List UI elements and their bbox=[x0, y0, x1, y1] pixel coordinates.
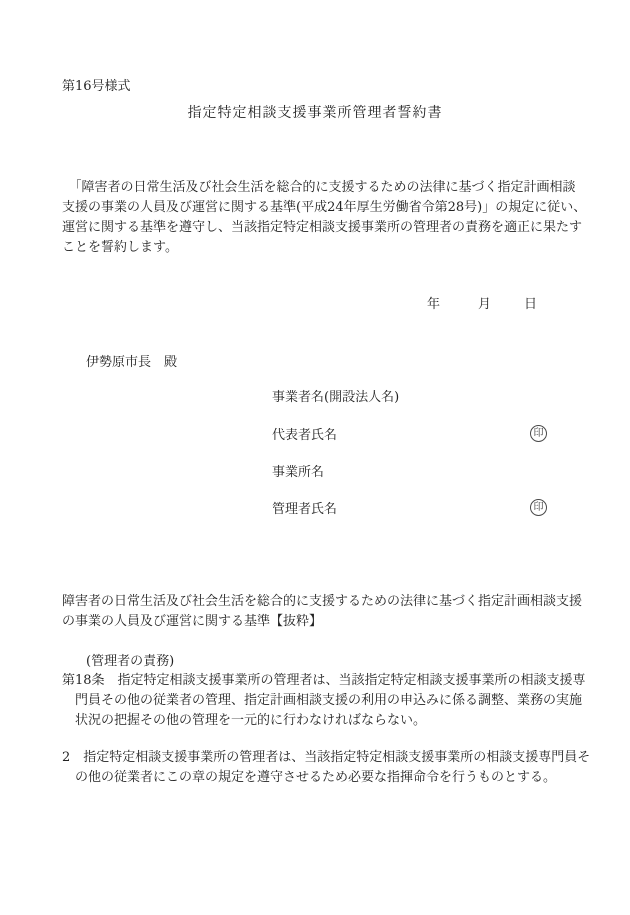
excerpt-heading-line: 障害者の日常生活及び社会生活を総合的に支援するための法律に基づく指定計画相談支援 bbox=[62, 592, 582, 612]
addressee-mayor: 伊勢原市長 殿 bbox=[86, 351, 177, 370]
article-18-paragraph: 第18条 指定特定相談支援事業所の管理者は、当該指定特定相談支援事業所の相談支援… bbox=[62, 671, 586, 731]
pledge-line: 支援の事業の人員及び運営に関する基準(平成24年厚生労働省令第28号)」の規定に… bbox=[62, 198, 586, 218]
field-label: 管理者氏名 bbox=[272, 502, 337, 517]
pledge-line: 「障害者の日常生活及び社会生活を総合的に支援するための法律に基づく指定計画相談 bbox=[62, 178, 586, 198]
form-number: 第16号様式 bbox=[62, 79, 131, 95]
field-label: 事業所名 bbox=[272, 465, 324, 480]
article-18-line: 門員その他の従業者の管理、指定計画相談支援の利用の申込みに係る調整、業務の実施 bbox=[62, 691, 586, 711]
date-month-label: 月 bbox=[478, 293, 491, 312]
seal-stamp-mark: 印 bbox=[530, 425, 547, 442]
duty-section-heading: (管理者の責務) bbox=[86, 650, 174, 669]
pledge-line: ことを誓約します。 bbox=[62, 238, 586, 258]
date-line: 年 月 日 bbox=[0, 293, 630, 313]
clause-2-line: 2 指定特定相談支援事業所の管理者は、当該指定特定相談支援事業所の相談支援専門員… bbox=[62, 748, 590, 768]
field-label: 事業者名(開設法人名) bbox=[272, 390, 399, 405]
article-18-line: 第18条 指定特定相談支援事業所の管理者は、当該指定特定相談支援事業所の相談支援… bbox=[62, 671, 586, 691]
field-label: 代表者氏名 bbox=[272, 428, 337, 443]
pledge-line: 運営に関する基準を遵守し、当該指定特定相談支援事業所の管理者の責務を適正に果たす bbox=[62, 218, 586, 238]
excerpt-heading: 障害者の日常生活及び社会生活を総合的に支援するための法律に基づく指定計画相談支援… bbox=[62, 592, 582, 632]
excerpt-heading-line: の事業の人員及び運営に関する基準【抜粋】 bbox=[62, 612, 582, 632]
document-title: 指定特定相談支援事業所管理者誓約書 bbox=[0, 102, 630, 122]
field-row-representative-name: 代表者氏名 印 bbox=[272, 424, 630, 444]
date-year-label: 年 bbox=[427, 293, 440, 312]
field-row-manager-name: 管理者氏名 印 bbox=[272, 498, 630, 518]
date-day-label: 日 bbox=[524, 293, 537, 312]
field-row-business-operator-name: 事業者名(開設法人名) bbox=[272, 386, 630, 406]
field-row-office-name: 事業所名 bbox=[272, 461, 630, 481]
seal-stamp-mark: 印 bbox=[530, 499, 547, 516]
pledge-paragraph: 「障害者の日常生活及び社会生活を総合的に支援するための法律に基づく指定計画相談 … bbox=[62, 178, 586, 258]
article-18-line: 状況の把握その他の管理を一元的に行わなければならない。 bbox=[62, 711, 586, 731]
clause-2-paragraph: 2 指定特定相談支援事業所の管理者は、当該指定特定相談支援事業所の相談支援専門員… bbox=[62, 748, 590, 788]
clause-2-line: の他の従業者にこの章の規定を遵守させるため必要な指揮命令を行うものとする。 bbox=[62, 768, 590, 788]
pledge-document-page: 第16号様式 指定特定相談支援事業所管理者誓約書 「障害者の日常生活及び社会生活… bbox=[0, 0, 630, 915]
